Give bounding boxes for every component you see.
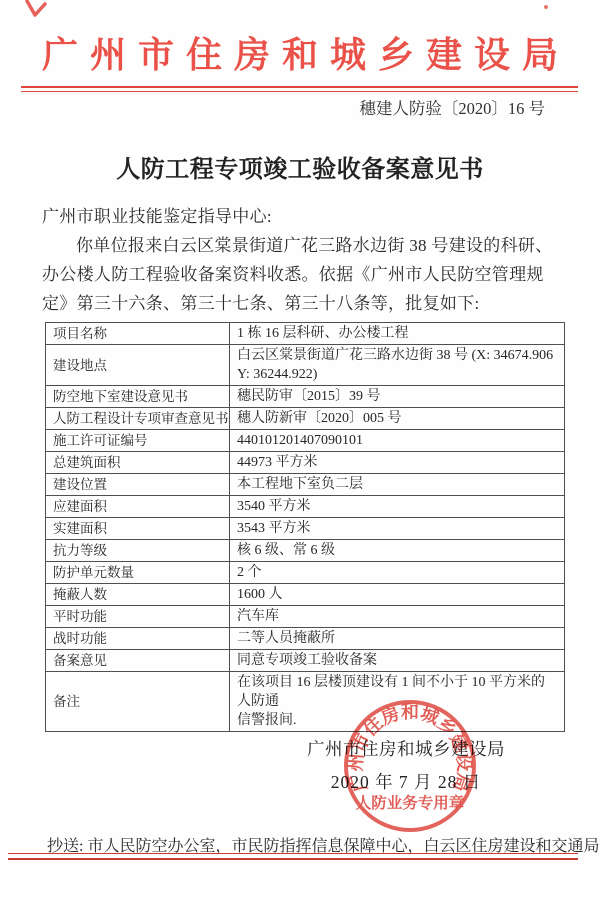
stamp-bottom-text: 人防业务专用章 (356, 793, 465, 812)
header-divider (21, 86, 578, 92)
table-row: 掩蔽人数1600 人 (46, 584, 565, 606)
body-block: 广州市职业技能鉴定指导中心: 你单位报来白云区棠景街道广花三路水边街 38 号建… (42, 202, 574, 318)
document-page: 广州市住房和城乡建设局 穗建人防验〔2020〕16 号 人防工程专项竣工验收备案… (0, 0, 600, 898)
row-label: 施工许可证编号 (46, 430, 230, 452)
table-row: 应建面积3540 平方米 (46, 496, 565, 518)
document-title: 人防工程专项竣工验收备案意见书 (0, 149, 600, 184)
table-row: 备案意见同意专项竣工验收备案 (46, 650, 565, 672)
row-label: 备案意见 (46, 650, 230, 672)
scan-speck (544, 5, 548, 9)
row-label: 建设位置 (46, 474, 230, 496)
row-value: 440101201407090101 (230, 430, 565, 452)
row-label: 防护单元数量 (46, 562, 230, 584)
stamp-arc-text: 广州市住房和城乡建设局 (345, 702, 475, 794)
table-row: 施工许可证编号440101201407090101 (46, 430, 565, 452)
row-value: 本工程地下室负二层 (230, 474, 565, 496)
row-label: 项目名称 (46, 323, 230, 345)
body-paragraph: 你单位报来白云区棠景街道广花三路水边街 38 号建设的科研、 办公楼人防工程验收… (42, 231, 574, 318)
row-label: 平时功能 (46, 606, 230, 628)
row-value: 二等人员掩蔽所 (230, 628, 565, 650)
row-value: 汽车库 (230, 606, 565, 628)
row-value: 3540 平方米 (230, 496, 565, 518)
table-row: 备注在该项目 16 层楼顶建设有 1 间不小于 10 平方米的人防通 信警报间. (46, 672, 565, 732)
doc-number: 穗建人防验〔2020〕16 号 (359, 95, 545, 119)
table-row: 人防工程设计专项审查意见书穗人防新审〔2020〕005 号 (46, 408, 565, 430)
row-label: 人防工程设计专项审查意见书 (46, 408, 230, 430)
svg-text:广州市住房和城乡建设局: 广州市住房和城乡建设局 (345, 702, 475, 794)
row-value: 穗人防新审〔2020〕005 号 (230, 408, 565, 430)
table-row: 项目名称1 栋 16 层科研、办公楼工程 (46, 323, 565, 345)
table-row: 建设位置本工程地下室负二层 (46, 474, 565, 496)
table-row: 建设地点白云区棠景街道广花三路水边街 38 号 (X: 34674.906 Y:… (46, 345, 565, 386)
row-label: 总建筑面积 (46, 452, 230, 474)
table-row: 实建面积3543 平方米 (46, 518, 565, 540)
row-label: 备注 (46, 672, 230, 732)
footer-divider (8, 853, 578, 860)
info-table: 项目名称1 栋 16 层科研、办公楼工程建设地点白云区棠景街道广花三路水边街 3… (45, 322, 565, 732)
row-label: 实建面积 (46, 518, 230, 540)
row-label: 战时功能 (46, 628, 230, 650)
table-row: 防空地下室建设意见书穗民防审〔2015〕39 号 (46, 386, 565, 408)
table-row: 抗力等级核 6 级、常 6 级 (46, 540, 565, 562)
row-value: 白云区棠景街道广花三路水边街 38 号 (X: 34674.906 Y: 362… (230, 345, 565, 386)
row-value: 1 栋 16 层科研、办公楼工程 (230, 323, 565, 345)
row-label: 掩蔽人数 (46, 584, 230, 606)
row-value: 3543 平方米 (230, 518, 565, 540)
scan-artifact-mark (0, 0, 60, 24)
header-org: 广州市住房和城乡建设局 (0, 27, 600, 78)
row-value: 核 6 级、常 6 级 (230, 540, 565, 562)
table-row: 防护单元数量2 个 (46, 562, 565, 584)
row-label: 建设地点 (46, 345, 230, 386)
info-table-body: 项目名称1 栋 16 层科研、办公楼工程建设地点白云区棠景街道广花三路水边街 3… (46, 323, 565, 732)
row-value: 44973 平方米 (230, 452, 565, 474)
table-row: 平时功能汽车库 (46, 606, 565, 628)
recipient-line: 广州市职业技能鉴定指导中心: (42, 202, 574, 231)
table-row: 战时功能二等人员掩蔽所 (46, 628, 565, 650)
row-label: 应建面积 (46, 496, 230, 518)
row-value: 2 个 (230, 562, 565, 584)
row-label: 防空地下室建设意见书 (46, 386, 230, 408)
row-label: 抗力等级 (46, 540, 230, 562)
table-row: 总建筑面积44973 平方米 (46, 452, 565, 474)
row-value: 同意专项竣工验收备案 (230, 650, 565, 672)
official-stamp-icon: 广州市住房和城乡建设局 人防业务专用章 (340, 696, 480, 836)
row-value: 1600 人 (230, 584, 565, 606)
row-value: 穗民防审〔2015〕39 号 (230, 386, 565, 408)
